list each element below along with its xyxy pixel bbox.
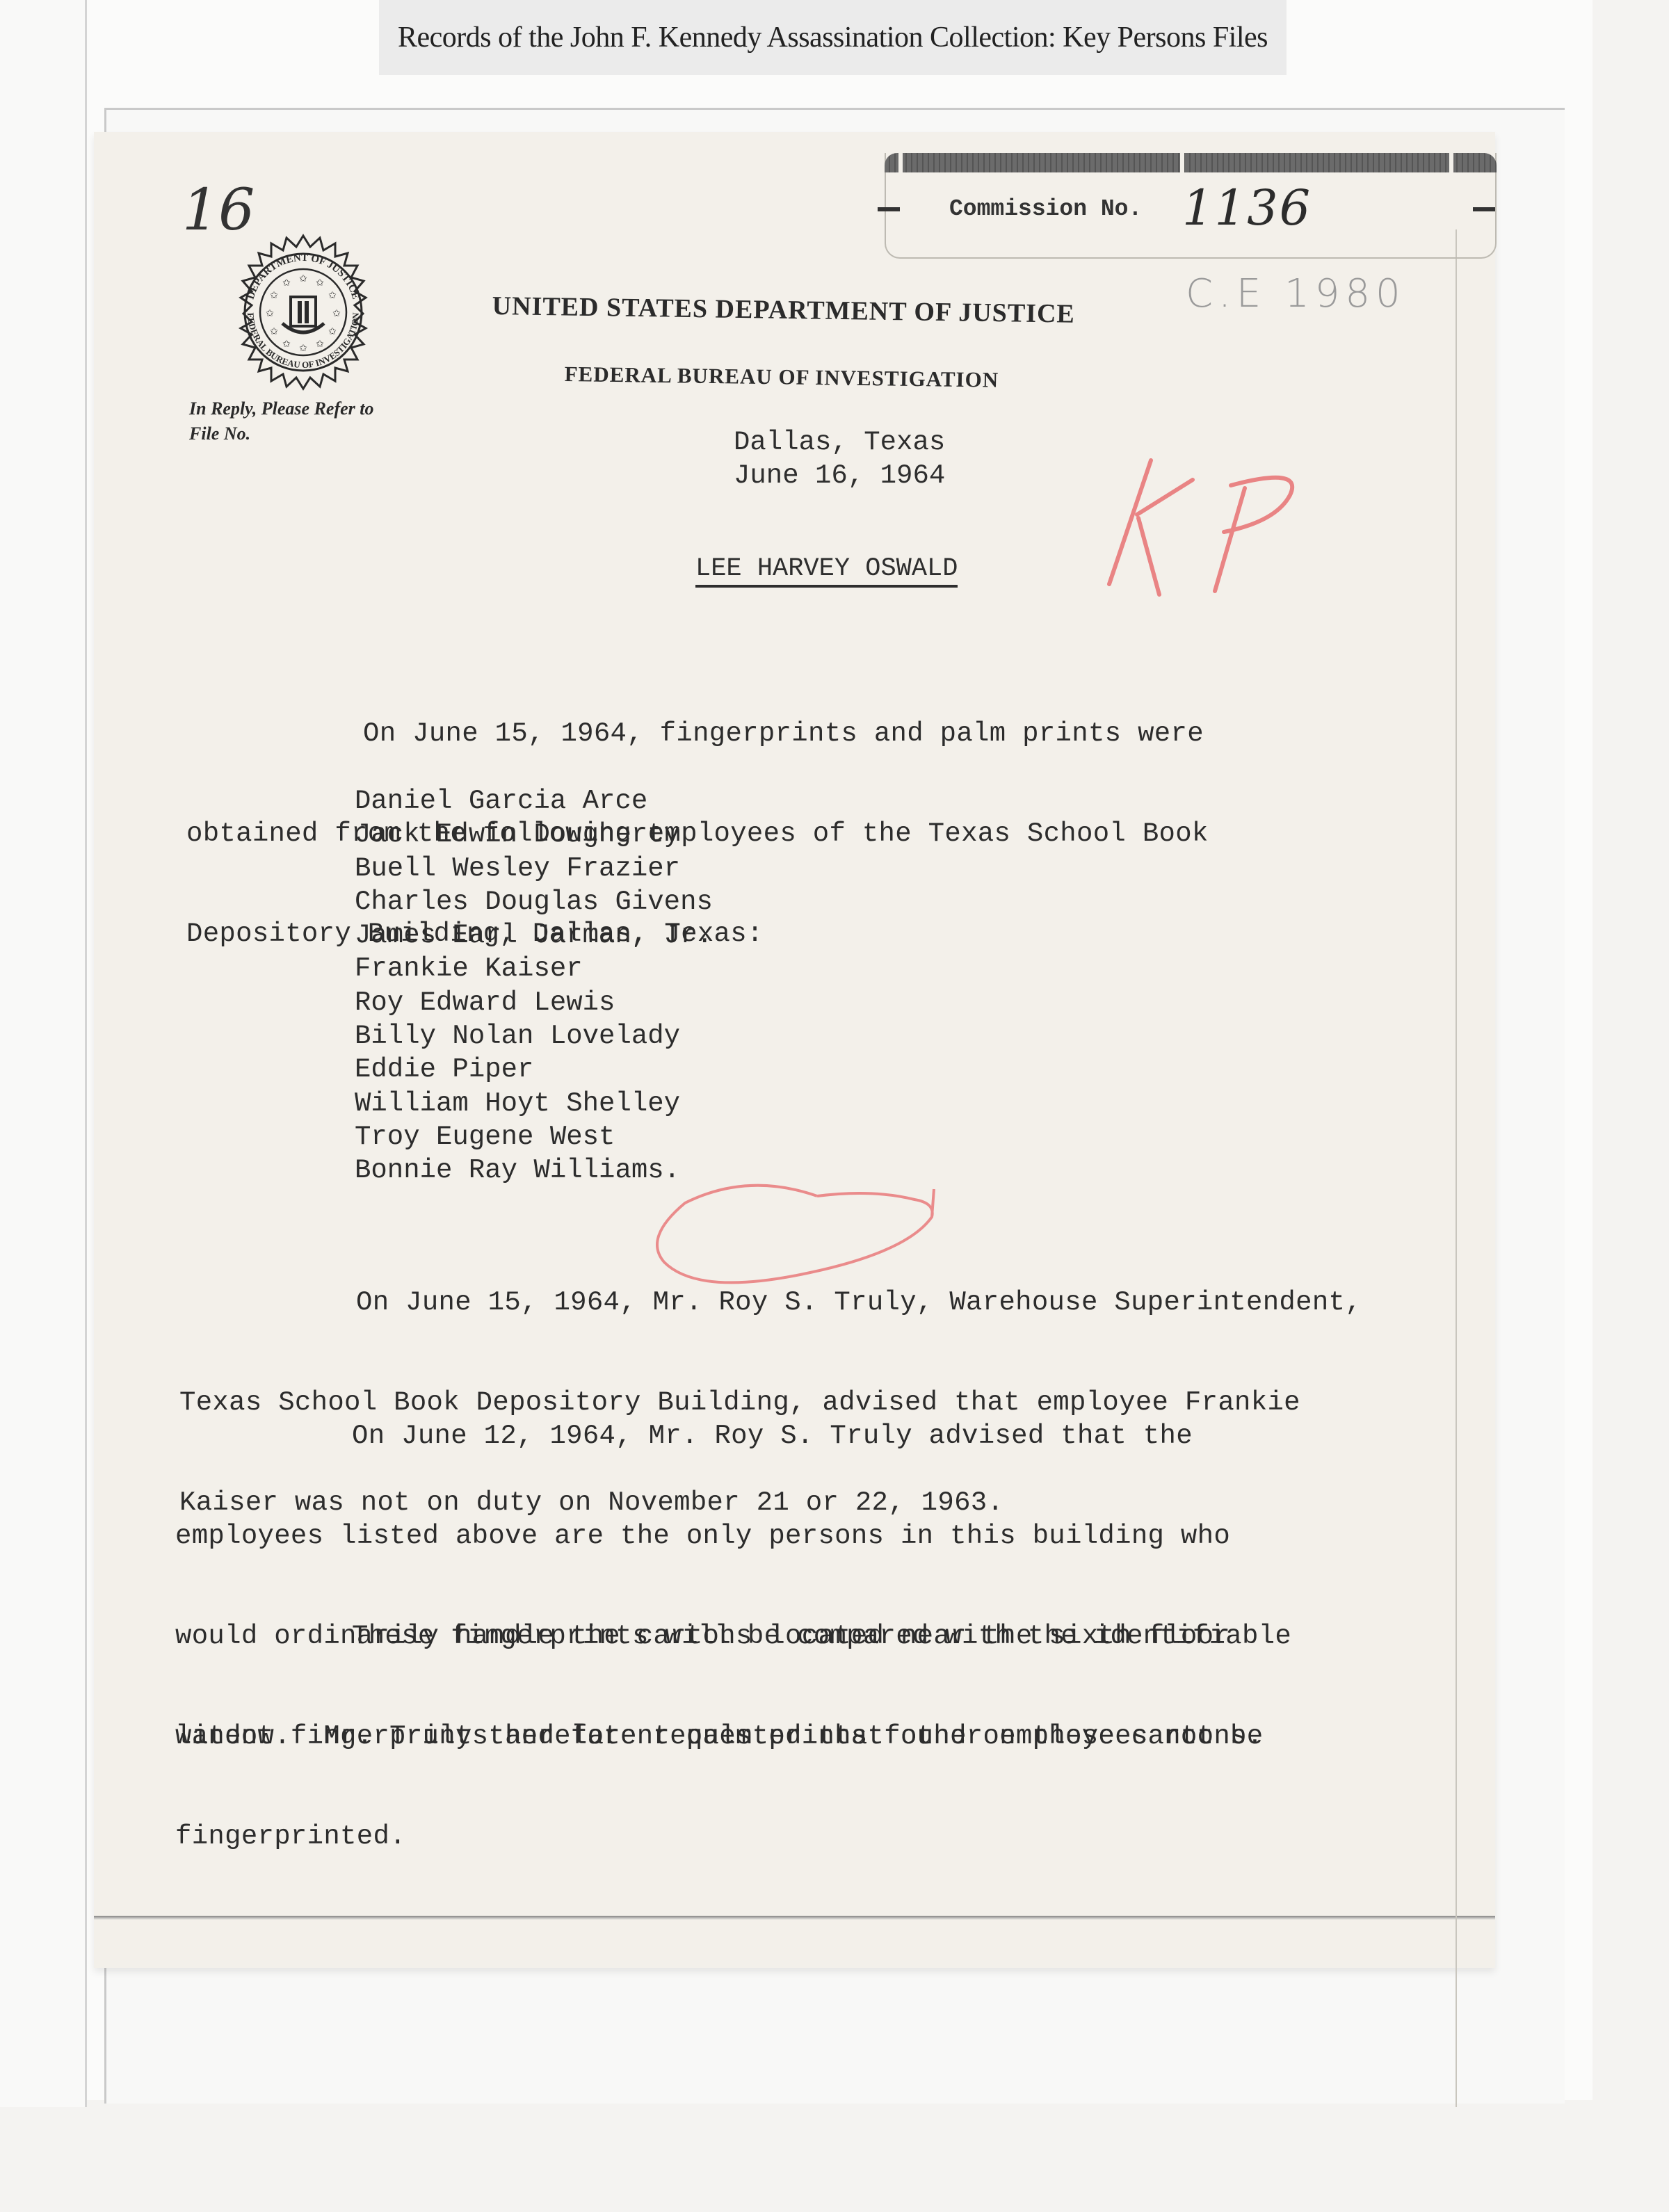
svg-text:✩: ✩ — [328, 326, 337, 337]
svg-text:✩: ✩ — [270, 290, 278, 301]
reply-note-line2: File No. — [189, 421, 373, 446]
exhibit-number-pencil: C.E 1980 — [1186, 271, 1406, 316]
place: Dallas, Texas — [734, 426, 945, 459]
reply-note-line1: In Reply, Please Refer to — [189, 396, 373, 421]
employee-name: Troy Eugene West — [355, 1120, 713, 1154]
svg-text:✩: ✩ — [299, 343, 307, 354]
commission-number-handwritten: 1136 — [1182, 179, 1312, 236]
paragraph-line: On June 15, 1964, fingerprints and palm … — [186, 717, 1209, 750]
employee-name: Buell Wesley Frazier — [355, 852, 713, 885]
page-crease-line — [1456, 229, 1457, 2107]
employee-name: James Earl Jarman, Jr. — [355, 919, 713, 952]
employee-name: Billy Nolan Lovelady — [355, 1019, 713, 1053]
paragraph-line: latent fingerprints and latent palm prin… — [175, 1720, 1291, 1753]
subject-heading: LEE HARVEY OSWALD — [695, 554, 958, 588]
svg-text:✩: ✩ — [316, 339, 324, 350]
date: June 16, 1964 — [734, 459, 945, 492]
archive-collection-label: Records of the John F. Kennedy Assassina… — [379, 0, 1287, 75]
reply-reference-note: In Reply, Please Refer to File No. — [189, 396, 373, 446]
commission-dash-left — [878, 207, 900, 211]
svg-text:✩: ✩ — [266, 308, 274, 319]
employee-name: William Hoyt Shelley — [355, 1087, 713, 1120]
employee-name: Daniel Garcia Arce — [355, 784, 713, 818]
left-paper-strip — [0, 0, 87, 2107]
employee-name: Jack Edwin Dougherty — [355, 818, 713, 851]
page-fold-edge — [94, 1916, 1495, 1920]
svg-text:✩: ✩ — [299, 273, 307, 284]
commission-stamp-bar — [885, 153, 1497, 172]
svg-text:✩: ✩ — [282, 277, 291, 289]
employee-name: Frankie Kaiser — [355, 952, 713, 985]
svg-text:✩: ✩ — [282, 339, 291, 350]
svg-text:✩: ✩ — [332, 308, 341, 319]
paragraph-line: employees listed above are the only pers… — [175, 1519, 1263, 1553]
fbi-seal-icon: DEPARTMENT OF JUSTICE FEDERAL BUREAU OF … — [224, 233, 382, 391]
paragraph-line: On June 15, 1964, Mr. Roy S. Truly, Ware… — [179, 1286, 1362, 1319]
svg-text:✩: ✩ — [328, 290, 337, 301]
paragraph-line: These fingerprints will be compared with… — [175, 1620, 1291, 1653]
employee-name: Roy Edward Lewis — [355, 986, 713, 1019]
paragraph-line: On June 12, 1964, Mr. Roy S. Truly advis… — [175, 1419, 1263, 1453]
employee-name: Charles Douglas Givens — [355, 885, 713, 919]
commission-dash-right — [1473, 207, 1495, 211]
paragraph-line: fingerprinted. — [175, 1820, 1263, 1853]
employee-name: Eddie Piper — [355, 1053, 713, 1086]
place-date-block: Dallas, Texas June 16, 1964 — [734, 426, 945, 492]
commission-label: Commission No. — [949, 196, 1142, 222]
employee-name: Bonnie Ray Williams. — [355, 1154, 713, 1187]
svg-text:✩: ✩ — [270, 326, 278, 337]
red-kp-initials-icon — [1081, 445, 1311, 598]
paragraph-comparison: These fingerprints will be compared with… — [175, 1553, 1291, 1786]
employee-list: Daniel Garcia Arce Jack Edwin Dougherty … — [355, 784, 713, 1188]
svg-text:✩: ✩ — [316, 277, 324, 289]
